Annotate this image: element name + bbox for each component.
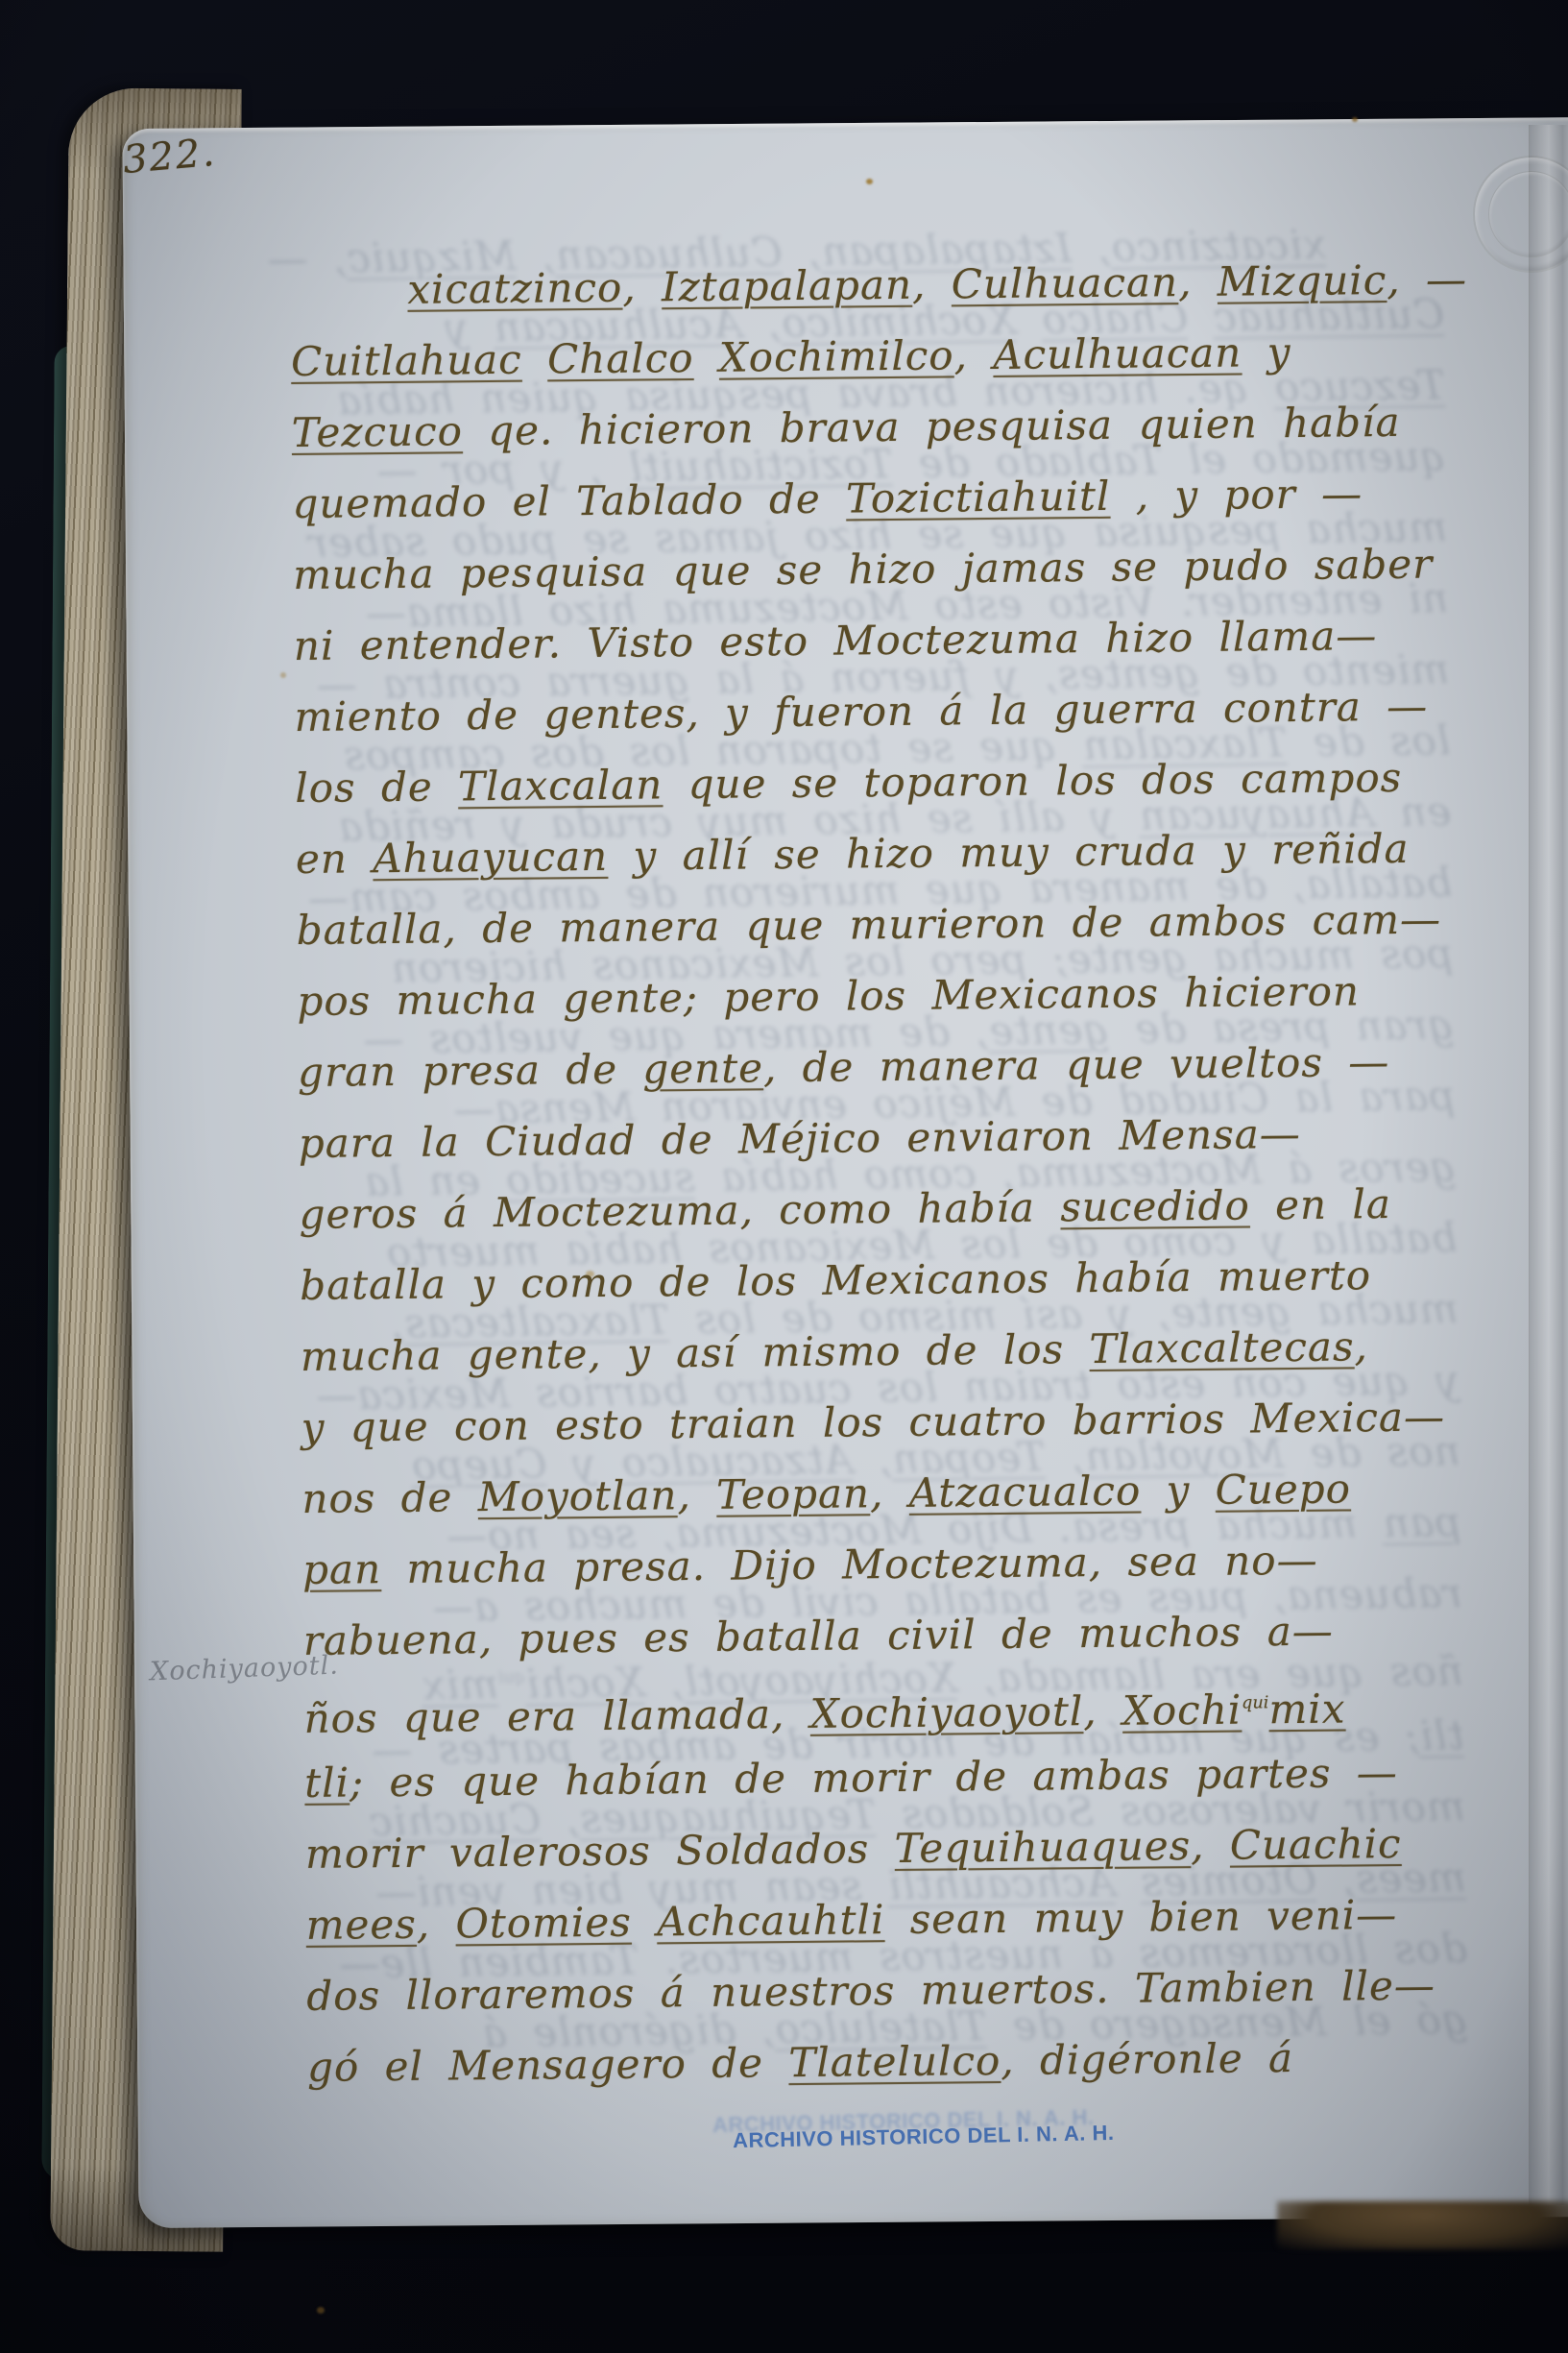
- text-segment: y: [1242, 328, 1291, 376]
- text-segment: gran presa de: [298, 1046, 643, 1096]
- text-segment: mees: [305, 1901, 417, 1949]
- text-segment: Tezcuco: [292, 407, 464, 456]
- text-segment: pos mucha gente; pero los Mexicanos hici…: [297, 967, 1360, 1025]
- text-segment: y que con esto traian los cuatro barrios…: [301, 1394, 1445, 1451]
- text-segment: ,: [1191, 1822, 1230, 1869]
- manuscript-line: tli; es que habían de morir de ambas par…: [304, 1736, 1482, 1819]
- text-segment: ni entender. Visto esto Moctezuma hizo l…: [294, 612, 1378, 669]
- text-segment: , digéronle á: [1001, 2034, 1293, 2084]
- text-segment: Xochiyaoyotl: [809, 1687, 1083, 1737]
- text-segment: ,: [912, 260, 952, 307]
- text-segment: , de manera que vueltos —: [763, 1038, 1390, 1091]
- manuscript-line: pan mucha presa. Dijo Moctezuma, sea no—: [302, 1523, 1480, 1606]
- text-segment: Tlaxcaltecas: [1089, 1322, 1354, 1372]
- manuscript-line: quemado el Tablado de Tozictiahuitl , y …: [292, 457, 1469, 540]
- text-segment: dos lloraremos á nuestros muertos. Tambi…: [306, 1962, 1435, 2020]
- manuscript-line: nos de Moyotlan, Teopan, Atzacualco y Cu…: [302, 1452, 1479, 1535]
- text-segment: Achcauhtli: [657, 1896, 885, 1945]
- text-segment: miento de gentes, y fueron á la guerra c…: [294, 683, 1428, 740]
- manuscript-line: ños que era llamada, Xochiyaoyotl, Xochi…: [303, 1665, 1481, 1748]
- text-segment: batalla, de manera que murieron de ambos…: [297, 896, 1442, 954]
- text-segment: Ahuayucan: [373, 833, 608, 882]
- text-segment: Teopan: [716, 1469, 870, 1518]
- manuscript-line: batalla y como de los Mexicanos había mu…: [300, 1239, 1477, 1322]
- manuscript-line: geros á Moctezuma, como había sucedido e…: [299, 1168, 1476, 1250]
- manuscript-line: batalla, de manera que murieron de ambos…: [296, 884, 1473, 966]
- text-segment: en: [296, 835, 374, 883]
- manuscript-line: ni entender. Visto esto Moctezuma hizo l…: [294, 599, 1471, 682]
- text-segment: geros á Moctezuma, como había: [299, 1183, 1060, 1238]
- text-segment: Cuachic: [1230, 1820, 1402, 1869]
- text-segment: Mizquic: [1218, 256, 1387, 305]
- paper-speck: [280, 672, 286, 678]
- binding-edge: [1277, 2201, 1568, 2249]
- text-segment: gente: [642, 1044, 763, 1092]
- text-segment: Tlatelulco: [788, 2037, 1001, 2086]
- text-segment: xicatzinco: [407, 264, 622, 313]
- manuscript-line: para la Ciudad de Méjico enviaron Mensa—: [299, 1097, 1476, 1179]
- text-segment: Iztapalapan: [662, 261, 912, 311]
- text-segment: qe. hicieron brava pesquisa quien había: [463, 399, 1401, 454]
- text-segment: [631, 1898, 657, 1945]
- manuscript-line: Tezcuco qe. hicieron brava pesquisa quie…: [291, 386, 1468, 469]
- manuscript-line: morir valerosos Soldados Tequihuaques, C…: [305, 1807, 1483, 1890]
- text-segment: que se toparon los dos campos: [663, 754, 1402, 808]
- text-segment: ,: [1354, 1322, 1368, 1370]
- text-segment: ,: [1178, 258, 1218, 305]
- paper-speck: [1352, 117, 1358, 122]
- text-segment: y: [1141, 1467, 1216, 1515]
- text-segment: Otomies: [455, 1899, 632, 1948]
- text-segment: sucedido: [1060, 1181, 1250, 1230]
- manuscript-line: miento de gentes, y fueron á la guerra c…: [294, 670, 1471, 753]
- manuscript-line: mees, Otomies Achcauhtli sean muy bien v…: [305, 1879, 1483, 1961]
- page-number: 322.: [121, 131, 218, 182]
- text-segment: batalla y como de los Mexicanos había mu…: [300, 1251, 1371, 1309]
- text-segment: ,: [622, 263, 662, 310]
- text-segment: Tlaxcalan: [458, 761, 663, 810]
- paper-speck: [866, 179, 873, 184]
- text-segment: mucha presa. Dijo Moctezuma, sea no—: [381, 1537, 1318, 1592]
- text-segment: [693, 334, 719, 381]
- text-segment: Chalco: [547, 334, 694, 382]
- manuscript-line: rabuena, pues es batalla civil de muchos…: [302, 1594, 1480, 1677]
- text-segment: ,: [953, 331, 993, 378]
- manuscript-text-block: xicatzinco, Iztapalapan, Culhuacan, Mizq…: [290, 244, 1484, 2103]
- manuscript-line: mucha gente, y así mismo de los Tlaxcalt…: [301, 1310, 1478, 1393]
- text-segment: Xochimilco: [719, 331, 954, 380]
- page-right-fold: [1529, 125, 1568, 2205]
- manuscript-line: y que con esto traian los cuatro barrios…: [301, 1381, 1478, 1464]
- text-segment: ,: [417, 1900, 456, 1947]
- text-segment: Aculhuacan: [993, 328, 1242, 377]
- text-segment: Tequihuaques: [894, 1822, 1191, 1872]
- text-segment: sean muy bien veni—: [884, 1891, 1397, 1943]
- manuscript-line: pos mucha gente; pero los Mexicanos hici…: [297, 955, 1474, 1037]
- text-segment: ños que era llamada,: [303, 1690, 810, 1742]
- text-segment: tli: [304, 1759, 350, 1806]
- manuscript-line: xicatzinco, Iztapalapan, Culhuacan, Mizq…: [290, 244, 1467, 327]
- text-segment: para la Ciudad de Méjico enviaron Mensa—: [299, 1110, 1301, 1167]
- manuscript-line: dos lloraremos á nuestros muertos. Tambi…: [306, 1950, 1484, 2032]
- text-segment: Cuepo: [1215, 1465, 1351, 1513]
- embossed-seal-inner-ring: [1488, 171, 1568, 257]
- text-segment: ; es que habían de morir de ambas partes…: [350, 1749, 1398, 1806]
- text-segment: ,: [1083, 1687, 1122, 1734]
- text-segment: mucha pesquisa que se hizo jamas se pudo…: [293, 541, 1433, 598]
- text-segment: rabuena, pues es batalla civil de muchos…: [303, 1608, 1334, 1664]
- text-segment: mix: [1268, 1686, 1345, 1734]
- text-segment: , y por —: [1110, 470, 1363, 520]
- text-segment: pan: [302, 1545, 381, 1593]
- text-segment: Moyotlan: [478, 1471, 678, 1520]
- text-segment: Culhuacan: [951, 258, 1178, 307]
- text-segment: , —: [1387, 255, 1467, 303]
- text-segment: Tozictiahuitl: [846, 473, 1111, 522]
- manuscript-line: gran presa de gente, de manera que vuelt…: [298, 1026, 1475, 1108]
- text-segment: los de: [295, 763, 458, 812]
- text-segment: mucha gente, y así mismo de los: [301, 1325, 1090, 1380]
- manuscript-line: mucha pesquisa que se hizo jamas se pudo…: [293, 528, 1470, 611]
- text-segment: quemado el Tablado de: [292, 474, 846, 527]
- paper-speck: [317, 2307, 325, 2314]
- text-segment: qui: [1242, 1693, 1268, 1712]
- text-segment: Atzacualco: [909, 1468, 1142, 1516]
- text-segment: y allí se hizo muy cruda y reñida: [608, 825, 1410, 880]
- photo-background: { "document": { "page_number": "322.", "…: [0, 0, 1568, 2353]
- text-segment: nos de: [302, 1473, 478, 1522]
- text-segment: gó el Mensagero de: [307, 2039, 789, 2091]
- text-segment: en la: [1250, 1180, 1392, 1228]
- manuscript-line: los de Tlaxcalan que se toparon los dos …: [295, 741, 1472, 824]
- manuscript-line: en Ahuayucan y allí se hizo muy cruda y …: [296, 813, 1473, 895]
- manuscript-line: Cuitlahuac Chalco Xochimilco, Aculhuacan…: [291, 315, 1468, 398]
- text-segment: morir valerosos Soldados: [305, 1825, 895, 1878]
- text-segment: Cuitlahuac: [291, 336, 522, 385]
- text-segment: [521, 335, 547, 382]
- text-segment: ,: [677, 1471, 716, 1518]
- manuscript-line: gó el Mensagero de Tlatelulco, digéronle…: [307, 2021, 1484, 2103]
- text-segment: Xochi: [1122, 1686, 1242, 1734]
- text-segment: ,: [870, 1469, 909, 1516]
